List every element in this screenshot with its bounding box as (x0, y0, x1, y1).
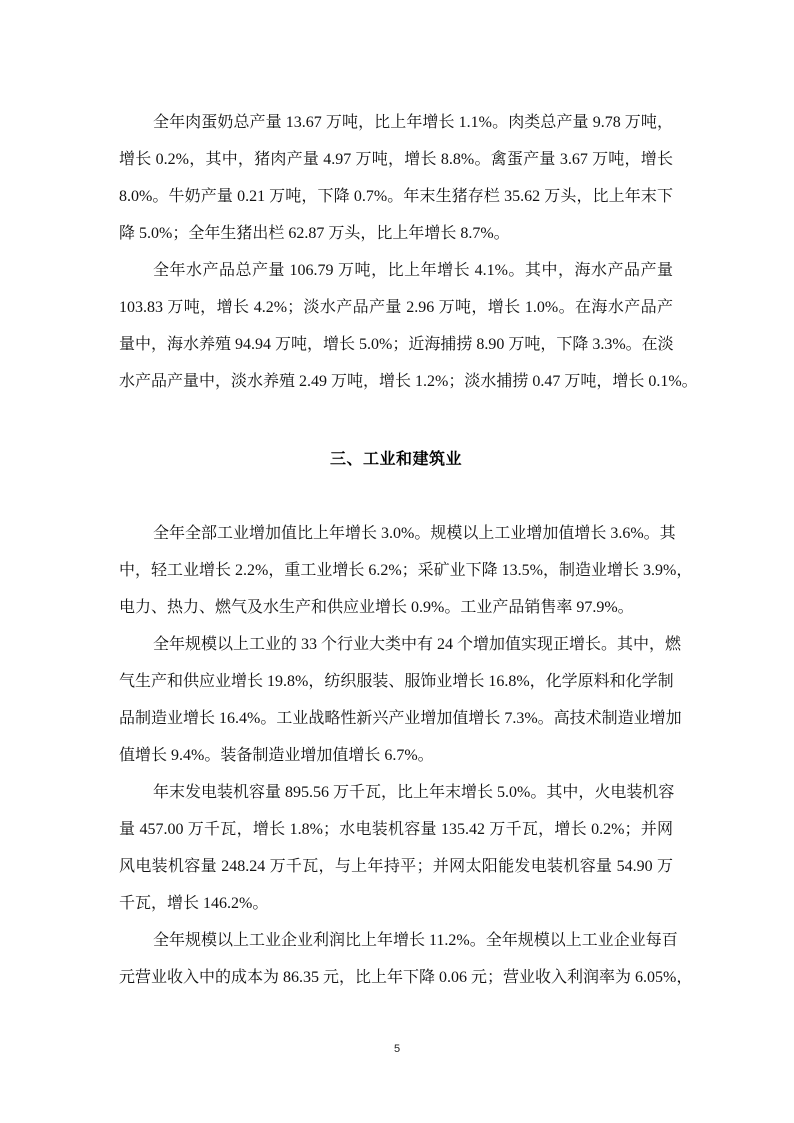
text-line: 品制造业增长 16.4%。工业战略性新兴产业增加值增长 7.3%。高技术制造业增… (119, 700, 673, 737)
page-number: 5 (0, 1043, 794, 1055)
text-line: 水产品产量中，淡水养殖 2.49 万吨，增长 1.2%；淡水捕捞 0.47 万吨… (119, 363, 673, 400)
text-line: 8.0%。牛奶产量 0.21 万吨，下降 0.7%。年末生猪存栏 35.62 万… (119, 178, 673, 215)
paragraph-meat-egg-milk: 全年肉蛋奶总产量 13.67 万吨，比上年增长 1.1%。肉类总产量 9.78 … (119, 104, 673, 252)
text-line: 全年水产品总产量 106.79 万吨，比上年增长 4.1%。其中，海水产品产量 (119, 252, 673, 289)
text-line: 量 457.00 万千瓦，增长 1.8%；水电装机容量 135.42 万千瓦，增… (119, 811, 673, 848)
text-line: 风电装机容量 248.24 万千瓦，与上年持平；并网太阳能发电装机容量 54.9… (119, 848, 673, 885)
document-page: 全年肉蛋奶总产量 13.67 万吨，比上年增长 1.1%。肉类总产量 9.78 … (0, 0, 794, 1123)
section-heading: 三、工业和建筑业 (119, 440, 673, 477)
text-line: 千瓦，增长 146.2%。 (119, 885, 673, 922)
paragraph-industrial-profits: 全年规模以上工业企业利润比上年增长 11.2%。全年规模以上工业企业每百 元营业… (119, 922, 673, 996)
paragraph-industrial-value-added: 全年全部工业增加值比上年增长 3.0%。规模以上工业增加值增长 3.6%。其 中… (119, 515, 673, 626)
text-line: 年末发电装机容量 895.56 万千瓦，比上年末增长 5.0%。其中，火电装机容 (119, 774, 673, 811)
text-line: 全年肉蛋奶总产量 13.67 万吨，比上年增长 1.1%。肉类总产量 9.78 … (119, 104, 673, 141)
text-line: 气生产和供应业增长 19.8%，纺织服装、服饰业增长 16.8%，化学原料和化学… (119, 663, 673, 700)
paragraph-power-capacity: 年末发电装机容量 895.56 万千瓦，比上年末增长 5.0%。其中，火电装机容… (119, 774, 673, 922)
text-line: 降 5.0%；全年生猪出栏 62.87 万头，比上年增长 8.7%。 (119, 215, 673, 252)
text-line: 值增长 9.4%。装备制造业增加值增长 6.7%。 (119, 737, 673, 774)
paragraph-industry-categories: 全年规模以上工业的 33 个行业大类中有 24 个增加值实现正增长。其中，燃 气… (119, 626, 673, 774)
text-line: 全年全部工业增加值比上年增长 3.0%。规模以上工业增加值增长 3.6%。其 (119, 515, 673, 552)
text-line: 增长 0.2%，其中，猪肉产量 4.97 万吨，增长 8.8%。禽蛋产量 3.6… (119, 141, 673, 178)
page-content: 全年肉蛋奶总产量 13.67 万吨，比上年增长 1.1%。肉类总产量 9.78 … (119, 104, 673, 996)
text-line: 全年规模以上工业企业利润比上年增长 11.2%。全年规模以上工业企业每百 (119, 922, 673, 959)
text-line: 量中，海水养殖 94.94 万吨，增长 5.0%；近海捕捞 8.90 万吨，下降… (119, 326, 673, 363)
paragraph-aquatic-products: 全年水产品总产量 106.79 万吨，比上年增长 4.1%。其中，海水产品产量 … (119, 252, 673, 400)
text-line: 全年规模以上工业的 33 个行业大类中有 24 个增加值实现正增长。其中，燃 (119, 626, 673, 663)
text-line: 电力、热力、燃气及水生产和供应业增长 0.9%。工业产品销售率 97.9%。 (119, 589, 673, 626)
text-line: 中，轻工业增长 2.2%，重工业增长 6.2%；采矿业下降 13.5%，制造业增… (119, 552, 673, 589)
text-line: 元营业收入中的成本为 86.35 元，比上年下降 0.06 元；营业收入利润率为… (119, 959, 673, 996)
text-line: 103.83 万吨，增长 4.2%；淡水产品产量 2.96 万吨，增长 1.0%… (119, 289, 673, 326)
